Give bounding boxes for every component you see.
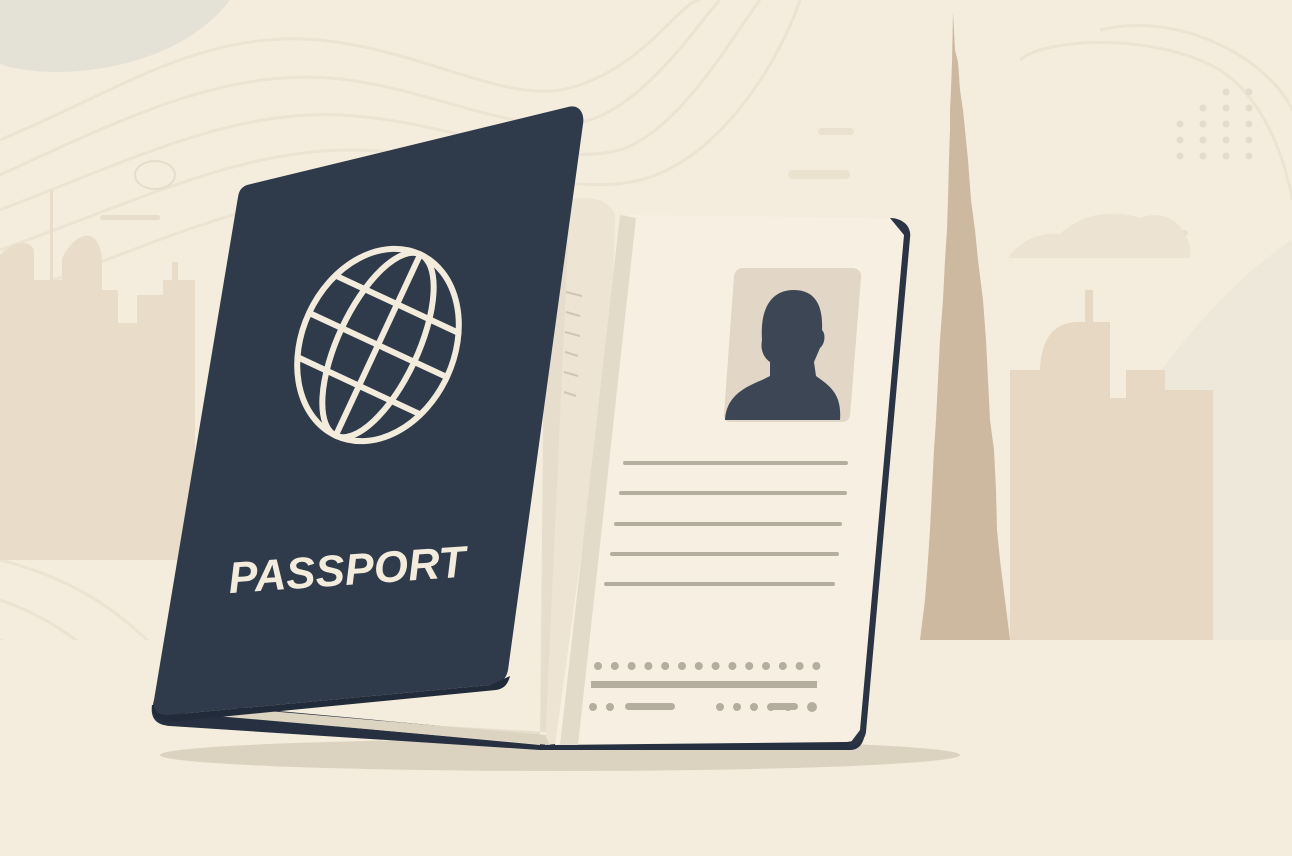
passport-illustration: PASSPORT [0, 0, 1292, 856]
mrz-bar [591, 681, 817, 688]
deco-dash [818, 128, 854, 135]
deco-dash [100, 215, 160, 220]
deco-dash [788, 170, 850, 179]
